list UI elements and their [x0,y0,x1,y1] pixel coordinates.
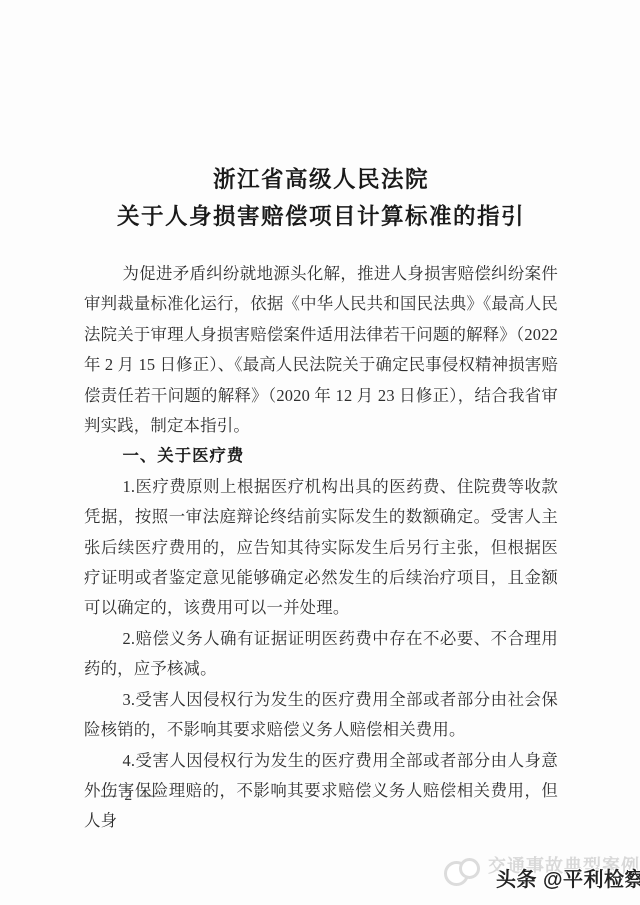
title-line-2: 关于人身损害赔偿项目计算标准的指引 [84,198,558,235]
section-heading-medical-fees: 一、关于医疗费 [84,441,558,471]
chat-bubbles-icon [444,858,482,888]
paragraph-item-2: 2.赔偿义务人确有证据证明医药费中存在不必要、不合理用药的，应予核减。 [84,624,558,685]
watermark: 交通事故典型案例 头条 @平利检察 [442,848,640,896]
watermark-source-text: 头条 @平利检察 [496,863,640,892]
document-body: 为促进矛盾纠纷就地源头化解，推进人身损害赔偿纠纷案件审判裁量标准化运行，依据《中… [84,259,558,837]
paragraph-item-3: 3.受害人因侵权行为发生的医疗费用全部或者部分由社会保险核销的，不影响其要求赔偿… [84,685,558,746]
page-number: — 2 — [101,787,158,805]
document-page: 浙江省高级人民法院 关于人身损害赔偿项目计算标准的指引 为促进矛盾纠纷就地源头化… [0,0,640,905]
paragraph-item-1: 1.医疗费原则上根据医疗机构出具的医药费、住院费等收款凭据，按照一审法庭辩论终结… [84,472,558,624]
intro-paragraph: 为促进矛盾纠纷就地源头化解，推进人身损害赔偿纠纷案件审判裁量标准化运行，依据《中… [84,259,558,441]
document-title: 浙江省高级人民法院 关于人身损害赔偿项目计算标准的指引 [84,161,558,235]
title-line-1: 浙江省高级人民法院 [84,161,558,198]
